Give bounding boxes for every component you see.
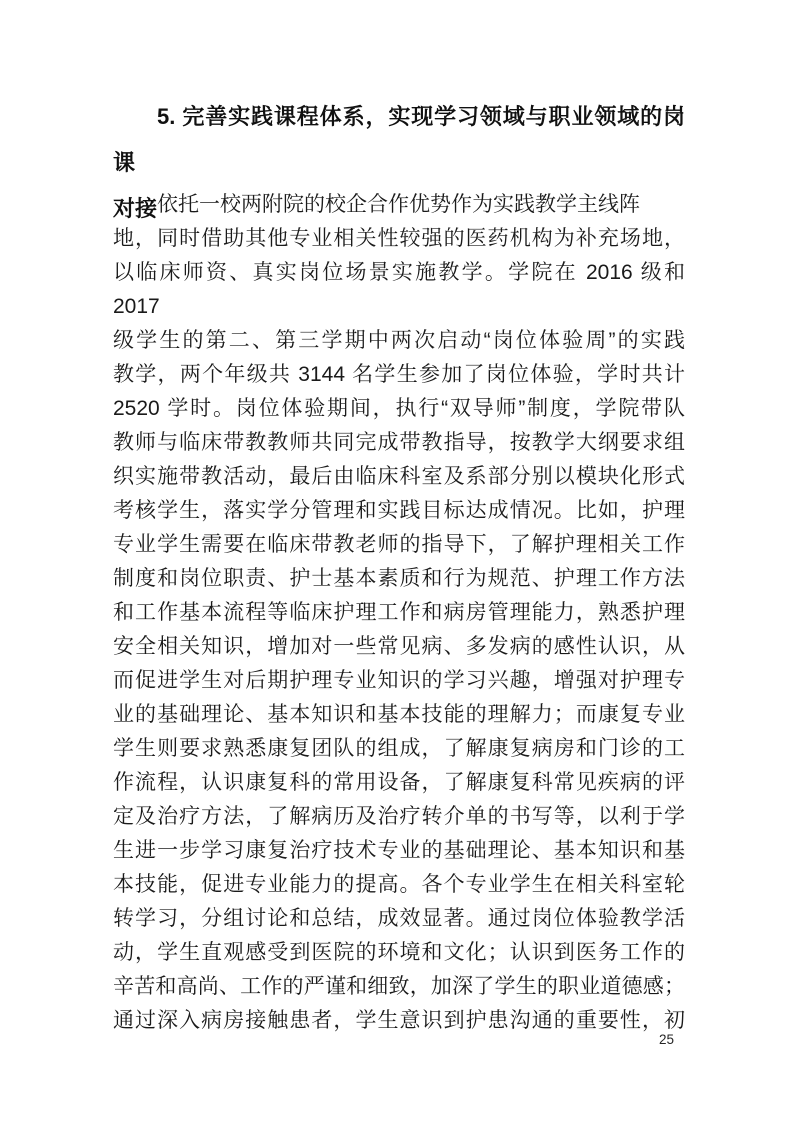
body-line: 动，学生直观感受到医院的环境和文化；认识到医务工作的: [113, 936, 685, 970]
page-number: 25: [659, 1032, 674, 1048]
body-line: 安全相关知识，增加对一些常见病、多发病的感性认识，从: [113, 630, 685, 664]
body-line: 教学，两个年级共 3144 名学生参加了岗位体验，学时共计: [113, 358, 685, 392]
body-line: 转学习，分组讨论和总结，成效显著。通过岗位体验教学活: [113, 902, 685, 936]
body-line: 制度和岗位职责、护士基本素质和行为规范、护理工作方法: [113, 562, 685, 596]
body-line: 和工作基本流程等临床护理工作和病房管理能力，熟悉护理: [113, 596, 685, 630]
section-heading-line-1: 5. 完善实践课程体系，实现学习领域与职业领域的岗课: [113, 94, 685, 186]
body-line: 本技能，促进专业能力的提高。各个专业学生在相关科室轮: [113, 868, 685, 902]
body-line: 考核学生，落实学分管理和实践目标达成情况。比如，护理: [113, 494, 685, 528]
body-line: 以临床师资、真实岗位场景实施教学。学院在 2016 级和 2017: [113, 256, 685, 324]
body-line: 辛苦和高尚、工作的严谨和细致，加深了学生的职业道德感；: [113, 970, 685, 1004]
document-page: 5. 完善实践课程体系，实现学习领域与职业领域的岗课 对接 依托一校两附院的校企…: [0, 0, 793, 1122]
body-line: 通过深入病房接触患者，学生意识到护患沟通的重要性，初: [113, 1004, 685, 1038]
body-line: 织实施带教活动，最后由临床科室及系部分别以模块化形式: [113, 460, 685, 494]
body-line: 作流程，认识康复科的常用设备，了解康复科常见疾病的评: [113, 766, 685, 800]
body-line: 教师与临床带教教师共同完成带教指导，按教学大纲要求组: [113, 426, 685, 460]
body-line: 级学生的第二、第三学期中两次启动“岗位体验周”的实践: [113, 324, 685, 358]
body-line: 专业学生需要在临床带教老师的指导下，了解护理相关工作: [113, 528, 685, 562]
body-line: 定及治疗方法，了解病历及治疗转介单的书写等，以利于学: [113, 800, 685, 834]
body-line: 业的基础理论、基本知识和基本技能的理解力；而康复专业: [113, 698, 685, 732]
body-paragraph: 依托一校两附院的校企合作优势作为实践教学主线阵地，同时借助其他专业相关性较强的医…: [113, 188, 685, 1038]
body-line: 2520 学时。岗位体验期间，执行“双导师”制度，学院带队: [113, 392, 685, 426]
body-line: 依托一校两附院的校企合作优势作为实践教学主线阵: [113, 188, 685, 222]
body-line: 而促进学生对后期护理专业知识的学习兴趣，增强对护理专: [113, 664, 685, 698]
body-line: 学生则要求熟悉康复团队的组成，了解康复病房和门诊的工: [113, 732, 685, 766]
body-line: 生进一步学习康复治疗技术专业的基础理论、基本知识和基: [113, 834, 685, 868]
body-line: 地，同时借助其他专业相关性较强的医药机构为补充场地，: [113, 222, 685, 256]
